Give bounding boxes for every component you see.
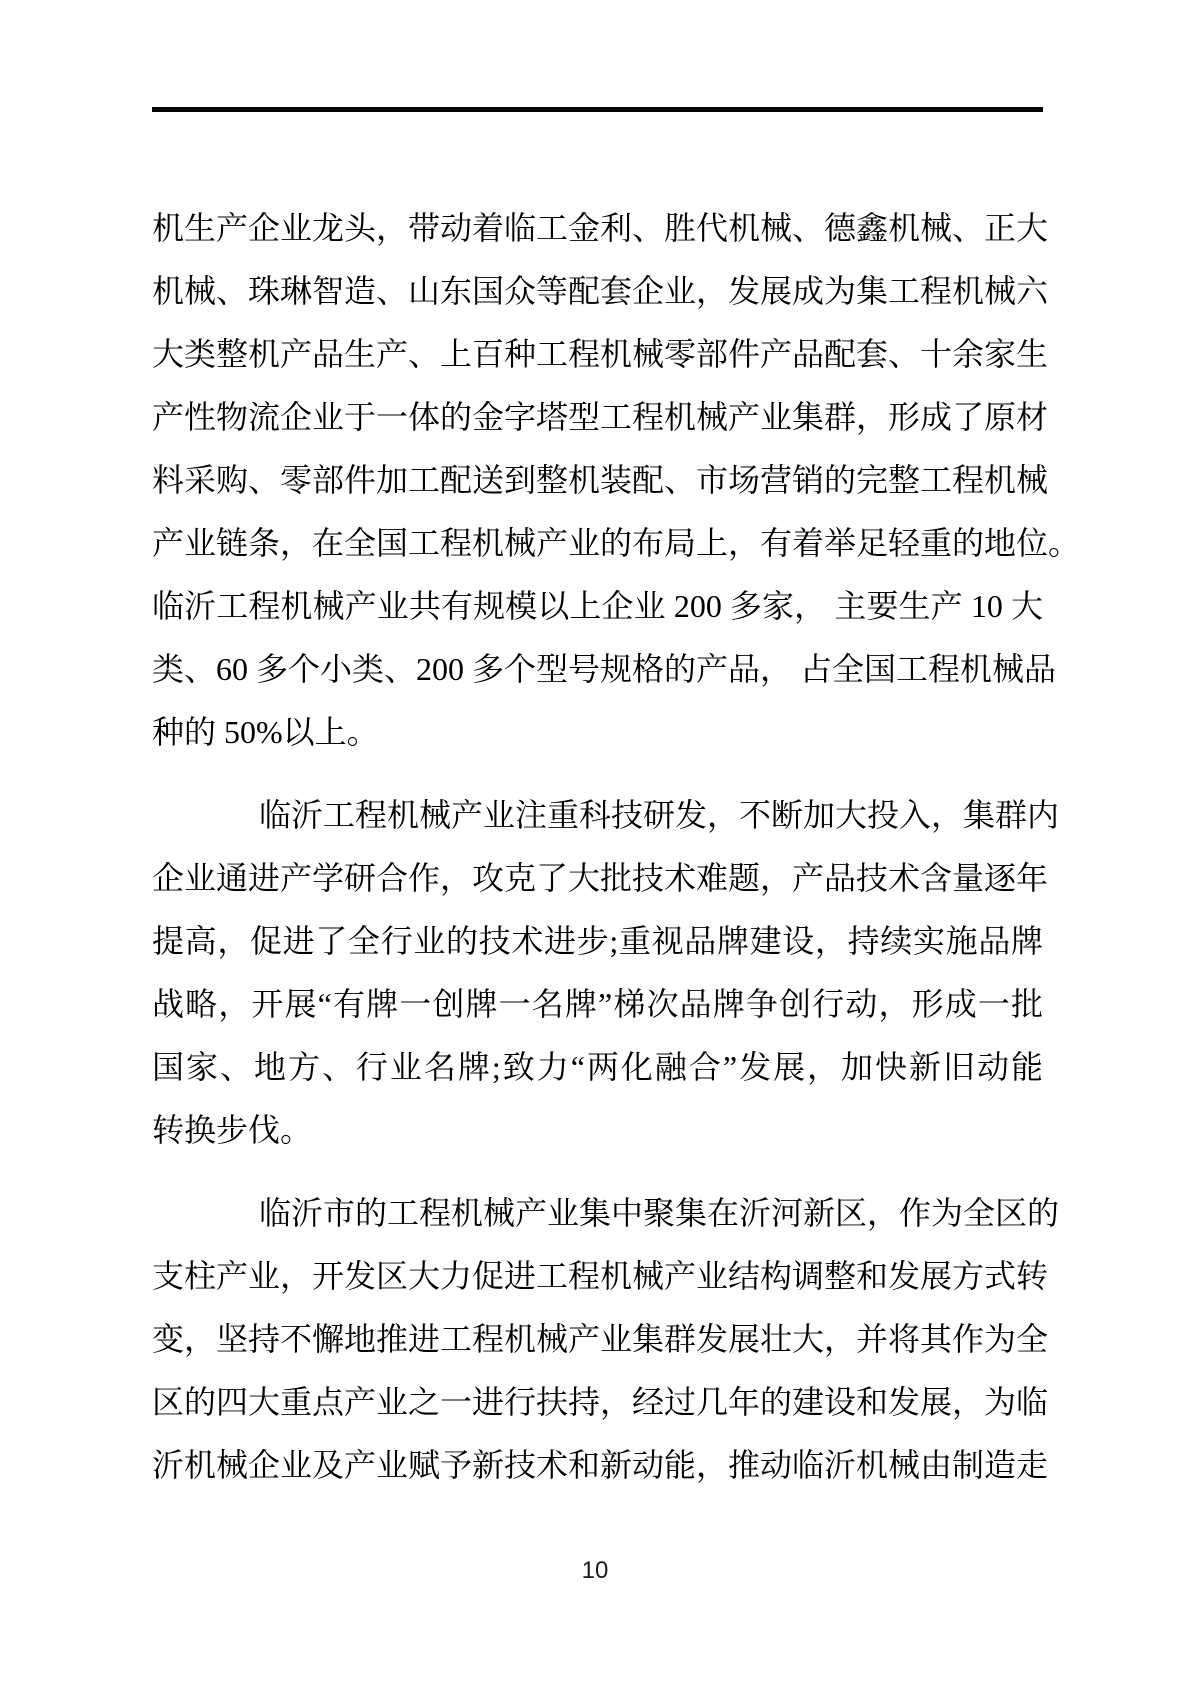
text-line: 种的 50%以上。 [152, 701, 1043, 764]
text-line: 国家、地方、行业名牌;致力“两化融合”发展，加快新旧动能 [152, 1036, 1043, 1099]
text-line: 机生产企业龙头，带动着临工金利、胜代机械、德鑫机械、正大 [152, 197, 1043, 260]
text-line: 料采购、零部件加工配送到整机装配、市场营销的完整工程机械 [152, 449, 1043, 512]
text-line: 临沂工程机械产业共有规模以上企业 200 多家， 主要生产 10 大 [152, 575, 1043, 638]
paragraph: 临沂工程机械产业注重科技研发，不断加大投入，集群内企业通进产学研合作，攻克了大批… [152, 784, 1043, 1162]
header-rule [152, 107, 1043, 112]
text-line: 变，坚持不懈地推进工程机械产业集群发展壮大，并将其作为全 [152, 1308, 1043, 1371]
text-line: 产性物流企业于一体的金字塔型工程机械产业集群，形成了原材 [152, 386, 1043, 449]
text-line: 大类整机产品生产、上百种工程机械零部件产品配套、十余家生 [152, 323, 1043, 386]
text-line: 战略，开展“有牌一创牌一名牌”梯次品牌争创行动，形成一批 [152, 973, 1043, 1036]
text-line: 机械、珠琳智造、山东国众等配套企业，发展成为集工程机械六 [152, 260, 1043, 323]
text-line: 企业通进产学研合作，攻克了大批技术难题，产品技术含量逐年 [152, 847, 1043, 910]
document-page: 机生产企业龙头，带动着临工金利、胜代机械、德鑫机械、正大机械、珠琳智造、山东国众… [0, 0, 1190, 1683]
text-line: 转换步伐。 [152, 1099, 1043, 1162]
page-number: 10 [0, 1556, 1190, 1586]
document-body: 机生产企业龙头，带动着临工金利、胜代机械、德鑫机械、正大机械、珠琳智造、山东国众… [152, 197, 1043, 1497]
text-line: 类、60 多个小类、200 多个型号规格的产品， 占全国工程机械品 [152, 638, 1043, 701]
text-line: 临沂市的工程机械产业集中聚集在沂河新区，作为全区的 [152, 1182, 1043, 1245]
paragraph: 机生产企业龙头，带动着临工金利、胜代机械、德鑫机械、正大机械、珠琳智造、山东国众… [152, 197, 1043, 764]
text-line: 区的四大重点产业之一进行扶持，经过几年的建设和发展，为临 [152, 1371, 1043, 1434]
text-line: 沂机械企业及产业赋予新技术和新动能，推动临沂机械由制造走 [152, 1434, 1043, 1497]
paragraph: 临沂市的工程机械产业集中聚集在沂河新区，作为全区的支柱产业，开发区大力促进工程机… [152, 1182, 1043, 1497]
text-line: 提高，促进了全行业的技术进步;重视品牌建设，持续实施品牌 [152, 910, 1043, 973]
text-line: 支柱产业，开发区大力促进工程机械产业结构调整和发展方式转 [152, 1245, 1043, 1308]
text-line: 临沂工程机械产业注重科技研发，不断加大投入，集群内 [152, 784, 1043, 847]
text-line: 产业链条，在全国工程机械产业的布局上，有着举足轻重的地位。 [152, 512, 1043, 575]
